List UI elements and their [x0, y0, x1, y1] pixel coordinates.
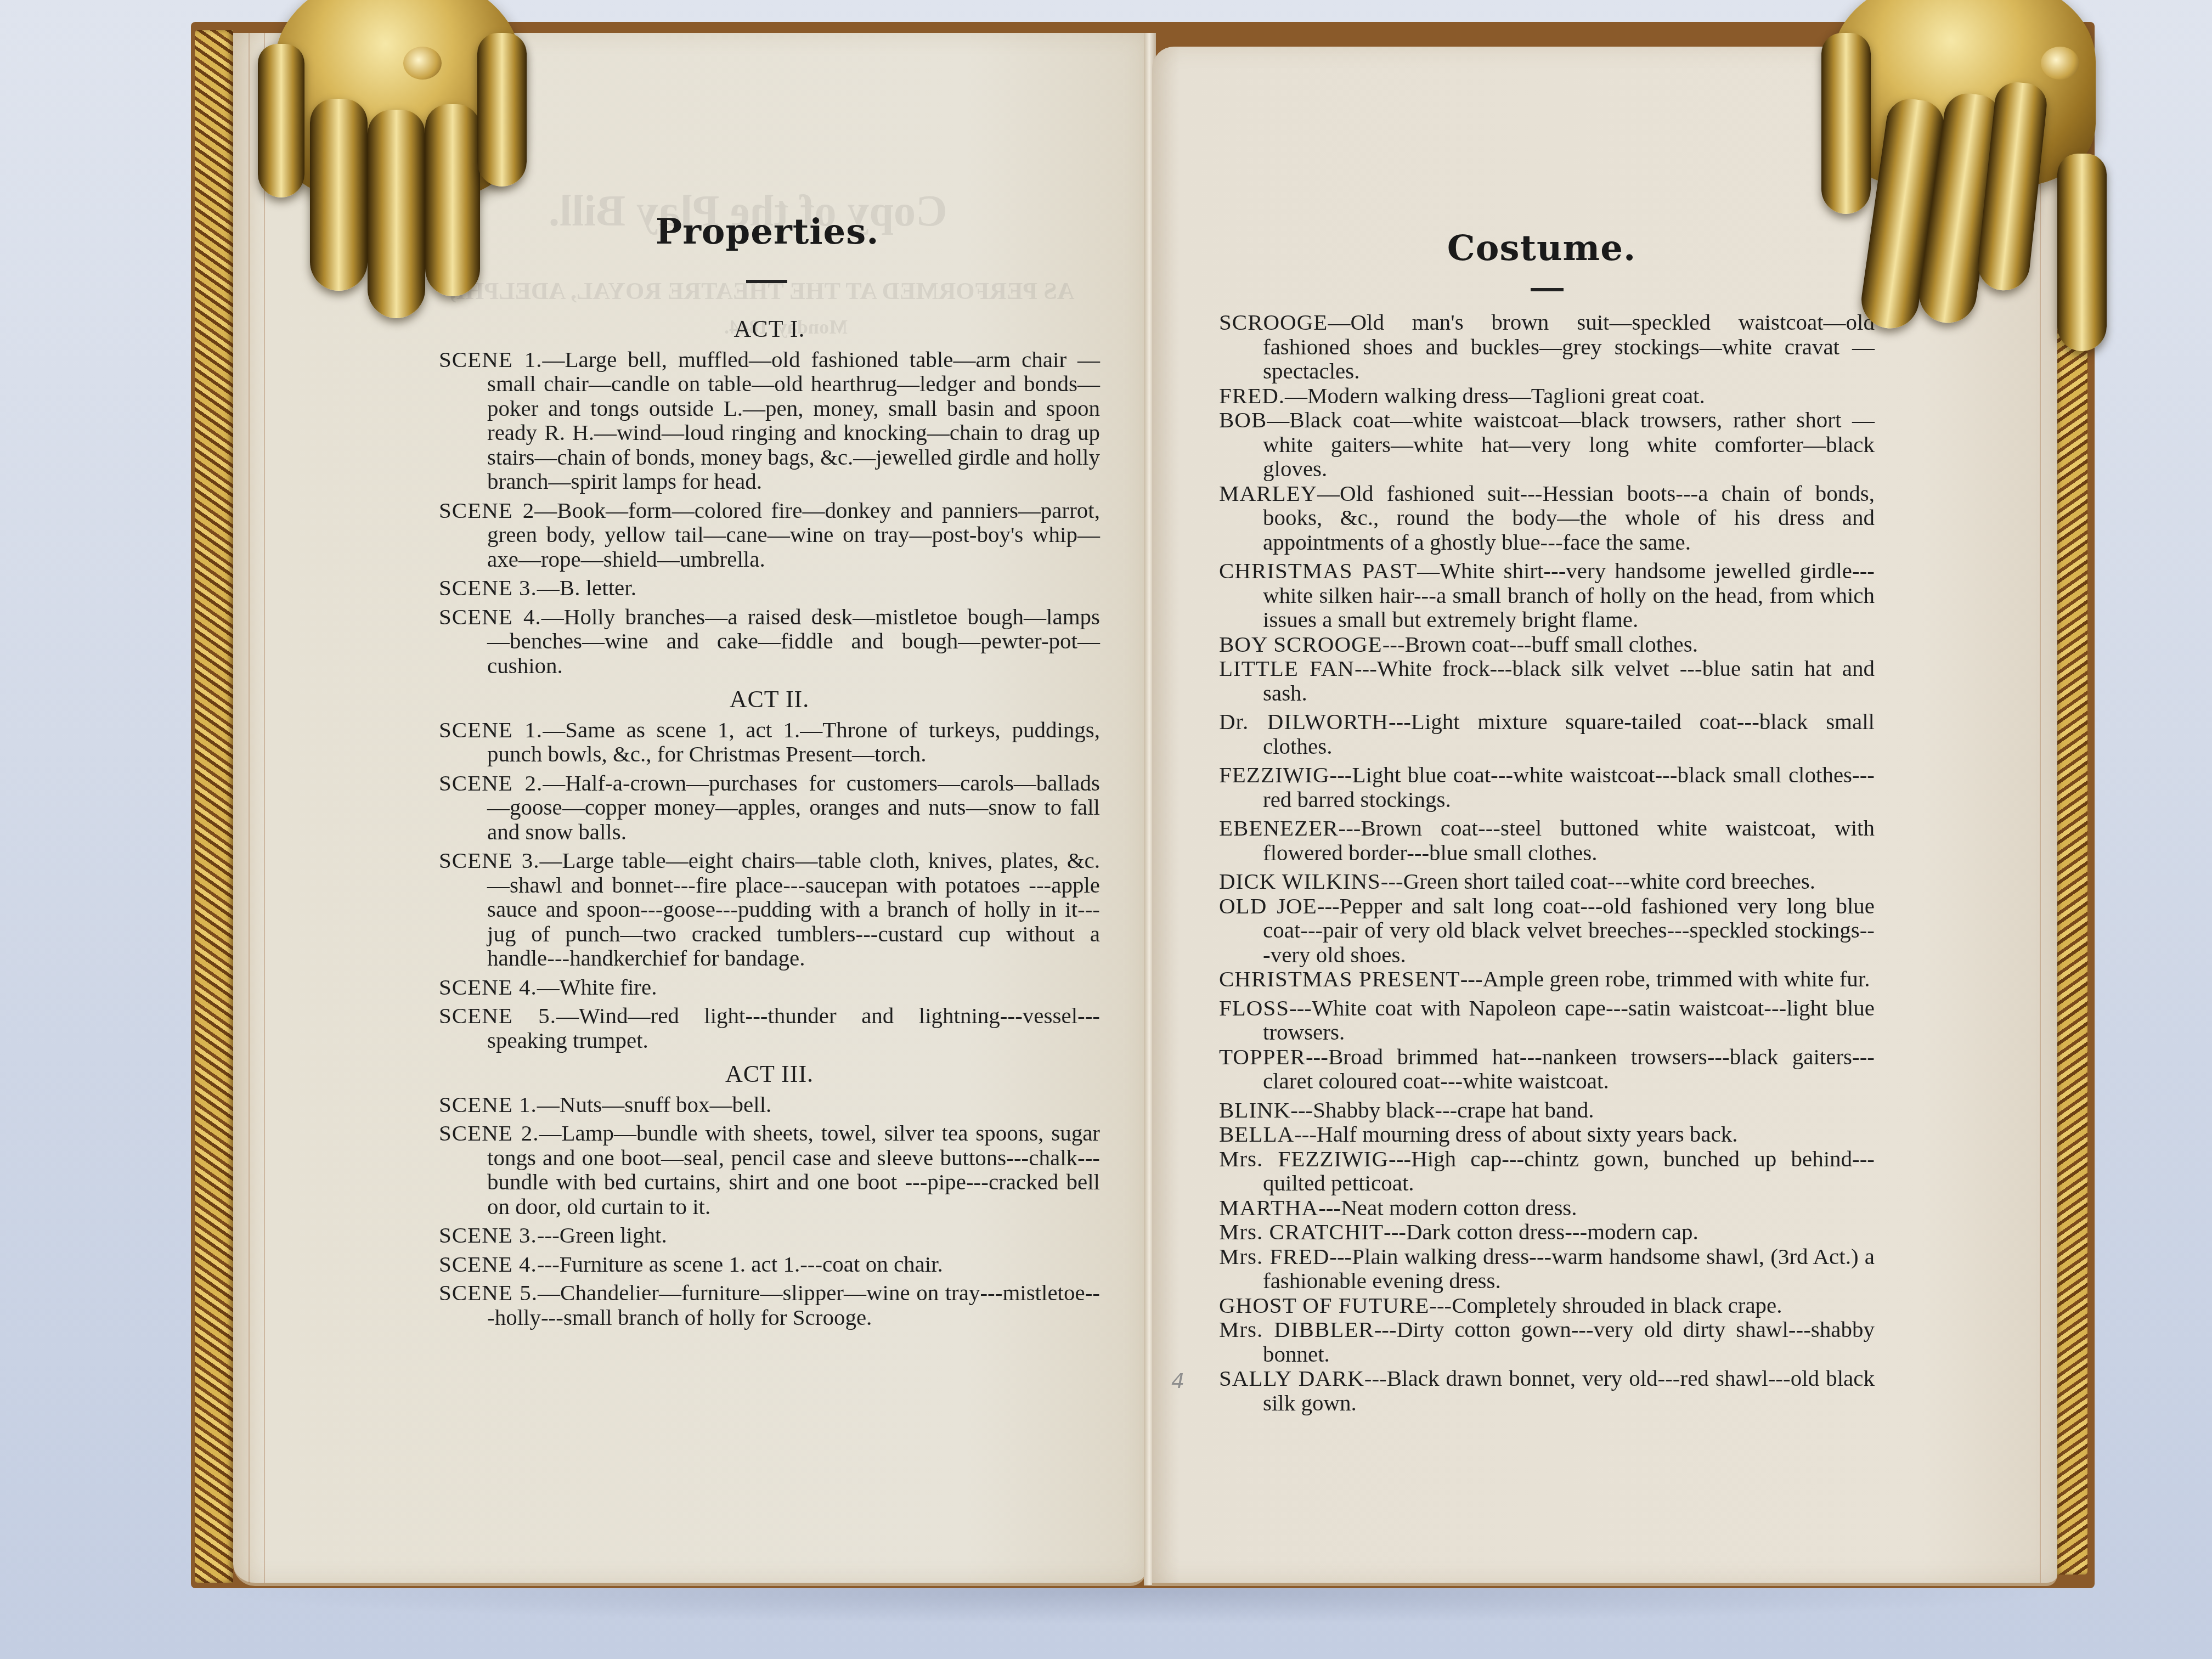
costume-description: ---Pepper and salt long coat---old fashi… [1263, 893, 1875, 967]
scene-entry: SCENE 4.—Holly branches—a raised desk—mi… [439, 605, 1100, 678]
scene-label: SCENE 5. [439, 1280, 538, 1305]
page-edge-line [249, 33, 250, 1583]
costume-entry: LITTLE FAN---White frock---black silk ve… [1219, 656, 1875, 705]
character-name: BOB [1219, 407, 1267, 432]
costume-entry: BOB—Black coat—white waistcoat—black tro… [1219, 408, 1875, 481]
costume-description: ---Completely shrouded in black crape. [1429, 1293, 1782, 1318]
costume-list: SCROOGE—Old man's brown suit—speckled wa… [1219, 310, 1875, 1415]
character-name: SCROOGE [1219, 309, 1328, 335]
character-name: SALLY DARK [1219, 1365, 1364, 1391]
scene-entry: SCENE 4.—White fire. [439, 975, 1100, 1000]
character-name: FLOSS [1219, 995, 1289, 1020]
costume-entry: Dr. DILWORTH---Light mixture square-tail… [1219, 709, 1875, 758]
costume-description: ---Shabby black---crape hat band. [1290, 1097, 1594, 1122]
ring-icon [2041, 47, 2079, 80]
character-name: LITTLE FAN [1219, 656, 1355, 681]
scene-properties: ---Green light. [537, 1222, 667, 1248]
gilt-page-edge-right [2055, 181, 2087, 1575]
costume-entry: EBENEZER---Brown coat---steel buttoned w… [1219, 816, 1875, 865]
scene-properties: —Holly branches—a raised desk—mistletoe … [487, 604, 1100, 678]
costume-entry: FEZZIWIG---Light blue coat---white waist… [1219, 763, 1875, 811]
scene-entry: SCENE 4.---Furniture as scene 1. act 1.-… [439, 1252, 1100, 1277]
character-name: CHRISTMAS PAST [1219, 558, 1417, 583]
character-name: BLINK [1219, 1097, 1290, 1122]
character-name: Dr. DILWORTH [1219, 709, 1389, 734]
pencil-page-note: 4 [1171, 1369, 1184, 1393]
heading-rule [1531, 288, 1564, 291]
scene-label: SCENE 4. [439, 974, 537, 1000]
character-name: GHOST OF FUTURE [1219, 1293, 1429, 1318]
scene-properties: —Large table—eight chairs—table cloth, k… [487, 848, 1100, 970]
act-heading: ACT II. [439, 687, 1100, 712]
costume-description: —Old fashioned suit---Hessian boots---a … [1263, 481, 1875, 555]
act-heading: ACT I. [439, 317, 1100, 342]
costume-description: ---Light blue coat---white waistcoat---b… [1263, 762, 1875, 812]
costume-entry: GHOST OF FUTURE---Completely shrouded in… [1219, 1293, 1875, 1318]
costume-description: —Modern walking dress—Taglioni great coa… [1285, 383, 1705, 408]
scene-label: SCENE 4. [439, 604, 541, 629]
costume-entry: BLINK---Shabby black---crape hat band. [1219, 1098, 1875, 1122]
costume-entry: MARTHA---Neat modern cotton dress. [1219, 1195, 1875, 1220]
scene-label: SCENE 3. [439, 575, 537, 600]
scene-entry: SCENE 3.—B. letter. [439, 575, 1100, 600]
character-name: DICK WILKINS [1219, 868, 1381, 894]
character-name: EBENEZER [1219, 815, 1339, 840]
character-name: OLD JOE [1219, 893, 1317, 918]
character-name: Mrs. DIBBLER [1219, 1317, 1374, 1342]
scene-properties: —Wind—red light---thunder and lightning-… [487, 1003, 1100, 1053]
page-edge-line [2040, 47, 2041, 1583]
scene-entry: SCENE 2—Book—form—colored fire—donkey an… [439, 498, 1100, 572]
scene-entry: SCENE 1.—Same as scene 1, act 1.—Throne … [439, 718, 1100, 766]
character-name: Mrs. FEZZIWIG [1219, 1146, 1389, 1171]
costume-description: ---Green short tailed coat---white cord … [1381, 868, 1815, 894]
scene-label: SCENE 3. [439, 848, 539, 873]
properties-heading: Properties. [656, 211, 875, 252]
costume-entry: CHRISTMAS PAST—White shirt---very handso… [1219, 558, 1875, 632]
costume-description: ---Brown coat---buff small clothes. [1383, 631, 1698, 657]
act-heading: ACT III. [439, 1062, 1100, 1087]
character-name: BOY SCROOGE [1219, 631, 1383, 657]
ring-icon [403, 47, 442, 80]
scene-properties: —Book—form—colored fire—donkey and panni… [487, 498, 1100, 572]
costume-entry: DICK WILKINS---Green short tailed coat--… [1219, 869, 1875, 894]
scene-label: SCENE 1. [439, 717, 543, 742]
scene-label: SCENE 2. [439, 770, 543, 795]
costume-entry: Mrs. CRATCHIT---Dark cotton dress---mode… [1219, 1220, 1875, 1244]
heading-rule [746, 280, 787, 283]
scene-properties: —B. letter. [537, 575, 636, 600]
scene-properties: —Nuts—snuff box—bell. [537, 1092, 771, 1117]
costume-description: ---Broad brimmed hat---nankeen trowsers-… [1263, 1044, 1875, 1094]
character-name: FRED. [1219, 383, 1285, 408]
scene-entry: SCENE 2.—Half-a-crown—purchases for cust… [439, 771, 1100, 844]
scene-entry: SCENE 1.—Nuts—snuff box—bell. [439, 1092, 1100, 1117]
scene-label: SCENE 2. [439, 1120, 539, 1145]
scene-properties: —Large bell, muffled—old fashioned table… [487, 347, 1100, 494]
costume-entry: FRED.—Modern walking dress—Taglioni grea… [1219, 383, 1875, 408]
page-edge-line [264, 33, 265, 1583]
costume-description: ---Dark cotton dress---modern cap. [1384, 1219, 1699, 1244]
character-name: Mrs. CRATCHIT [1219, 1219, 1384, 1244]
costume-heading: Costume. [1432, 228, 1651, 269]
character-name: MARTHA [1219, 1195, 1318, 1220]
costume-description: ---Brown coat---steel buttoned white wai… [1263, 815, 1875, 865]
costume-entry: CHRISTMAS PRESENT---Ample green robe, tr… [1219, 967, 1875, 991]
scene-entry: SCENE 5.—Chandelier—furniture—slipper—wi… [439, 1280, 1100, 1329]
costume-description: ---White coat with Napoleon cape---satin… [1263, 995, 1875, 1045]
character-name: FEZZIWIG [1219, 762, 1330, 787]
costume-description: ---Neat modern cotton dress. [1318, 1195, 1577, 1220]
character-name: CHRISTMAS PRESENT [1219, 966, 1460, 991]
scene-label: SCENE 1. [439, 1092, 537, 1117]
costume-entry: SCROOGE—Old man's brown suit—speckled wa… [1219, 310, 1875, 383]
scene-entry: SCENE 2.—Lamp—bundle with sheets, towel,… [439, 1121, 1100, 1218]
properties-list: ACT I.SCENE 1.—Large bell, muffled—old f… [439, 307, 1100, 1334]
scene-label: SCENE 5. [439, 1003, 556, 1028]
costume-entry: MARLEY—Old fashioned suit---Hessian boot… [1219, 481, 1875, 555]
scene-label: SCENE 1. [439, 347, 543, 372]
costume-entry: TOPPER---Broad brimmed hat---nankeen tro… [1219, 1045, 1875, 1093]
costume-description: —Black coat—white waistcoat—black trowse… [1263, 407, 1875, 481]
scene-properties: ---Furniture as scene 1. act 1.---coat o… [537, 1251, 943, 1277]
scene-properties: —Half-a-crown—purchases for customers—ca… [487, 770, 1100, 844]
costume-description: ---Plain walking dress---warm handsome s… [1263, 1244, 1875, 1294]
costume-entry: BELLA---Half mourning dress of about six… [1219, 1122, 1875, 1147]
scene-entry: SCENE 3.---Green light. [439, 1223, 1100, 1248]
costume-entry: Mrs. FEZZIWIG---High cap---chintz gown, … [1219, 1147, 1875, 1195]
scene-label: SCENE 3. [439, 1222, 537, 1248]
scene-properties: —Chandelier—furniture—slipper—wine on tr… [487, 1280, 1100, 1330]
costume-description: ---Ample green robe, trimmed with white … [1460, 966, 1870, 991]
costume-description: ---Half mourning dress of about sixty ye… [1294, 1121, 1737, 1147]
costume-description: —Old man's brown suit—speckled waistcoat… [1263, 309, 1875, 383]
scene-label: SCENE 2 [439, 498, 534, 523]
scene-entry: SCENE 5.—Wind—red light---thunder and li… [439, 1003, 1100, 1052]
costume-entry: FLOSS---White coat with Napoleon cape---… [1219, 996, 1875, 1045]
character-name: Mrs. FRED [1219, 1244, 1329, 1269]
costume-entry: SALLY DARK---Black drawn bonnet, very ol… [1219, 1366, 1875, 1415]
character-name: MARLEY [1219, 481, 1317, 506]
scene-entry: SCENE 1.—Large bell, muffled—old fashion… [439, 347, 1100, 494]
scene-properties: —Same as scene 1, act 1.—Throne of turke… [487, 717, 1100, 767]
scene-properties: —White fire. [537, 974, 657, 1000]
costume-entry: Mrs. DIBBLER---Dirty cotton gown---very … [1219, 1317, 1875, 1366]
scene-entry: SCENE 3.—Large table—eight chairs—table … [439, 848, 1100, 970]
costume-description: ---White frock---black silk velvet ---bl… [1263, 656, 1875, 706]
scene-properties: —Lamp—bundle with sheets, towel, silver … [487, 1120, 1100, 1219]
scene-label: SCENE 4. [439, 1251, 537, 1277]
gilt-page-edge-left [195, 30, 233, 1583]
costume-entry: Mrs. FRED---Plain walking dress---warm h… [1219, 1244, 1875, 1293]
costume-entry: BOY SCROOGE---Brown coat---buff small cl… [1219, 632, 1875, 657]
costume-entry: OLD JOE---Pepper and salt long coat---ol… [1219, 894, 1875, 967]
character-name: BELLA [1219, 1121, 1294, 1147]
character-name: TOPPER [1219, 1044, 1306, 1069]
